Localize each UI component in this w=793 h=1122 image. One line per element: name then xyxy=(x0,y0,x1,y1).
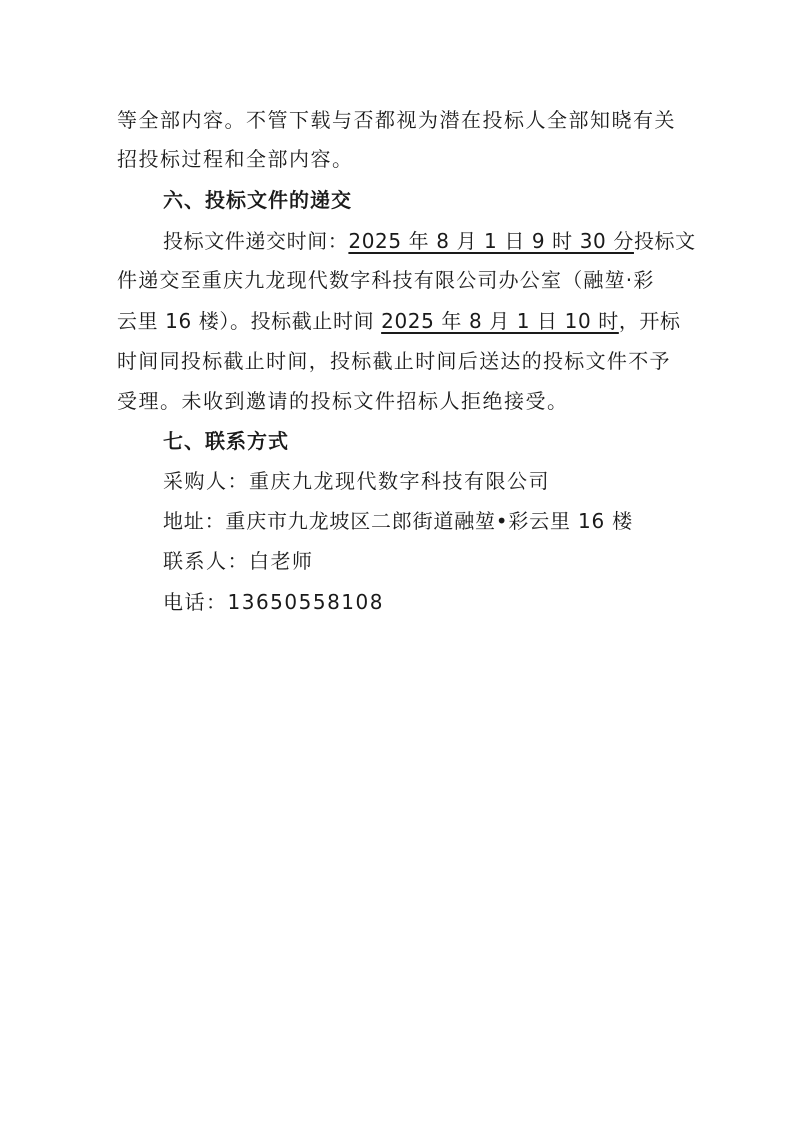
paragraph-text: 投标文 xyxy=(634,229,696,253)
paragraph-text: 云里 16 楼）。投标截止时间 xyxy=(117,309,381,333)
purchaser-line: 采购人：重庆九龙现代数字科技有限公司 xyxy=(163,469,675,493)
address-line: 地址：重庆市九龙坡区二郎街道融堃•彩云里 16 楼 xyxy=(163,509,675,533)
deadline-value: 2025 年 8 月 1 日 10 时 xyxy=(381,309,619,333)
paragraph-line: 投标文件递交时间：2025 年 8 月 1 日 9 时 30 分投标文 xyxy=(163,229,675,253)
paragraph-text: ，开标 xyxy=(619,309,681,333)
paragraph-line: 时间同投标截止时间，投标截止时间后送达的投标文件不予 xyxy=(117,349,675,373)
phone-line: 电话：13650558108 xyxy=(163,590,675,614)
submission-time-value: 2025 年 8 月 1 日 9 时 30 分 xyxy=(348,229,634,253)
section-heading-contact: 七、联系方式 xyxy=(163,429,675,453)
paragraph-line: 件递交至重庆九龙现代数字科技有限公司办公室（融堃·彩 xyxy=(117,268,675,292)
section-heading-submission: 六、投标文件的递交 xyxy=(163,188,675,212)
paragraph-line: 招投标过程和全部内容。 xyxy=(117,147,675,171)
submission-time-label: 投标文件递交时间： xyxy=(163,229,348,253)
paragraph-line: 云里 16 楼）。投标截止时间 2025 年 8 月 1 日 10 时，开标 xyxy=(117,309,675,333)
paragraph-line: 受理。未收到邀请的投标文件招标人拒绝接受。 xyxy=(117,389,675,413)
document-page: 等全部内容。不管下载与否都视为潜在投标人全部知晓有关 招投标过程和全部内容。 六… xyxy=(0,0,793,1122)
paragraph-line: 等全部内容。不管下载与否都视为潜在投标人全部知晓有关 xyxy=(117,108,675,132)
contact-line: 联系人：白老师 xyxy=(163,549,675,573)
